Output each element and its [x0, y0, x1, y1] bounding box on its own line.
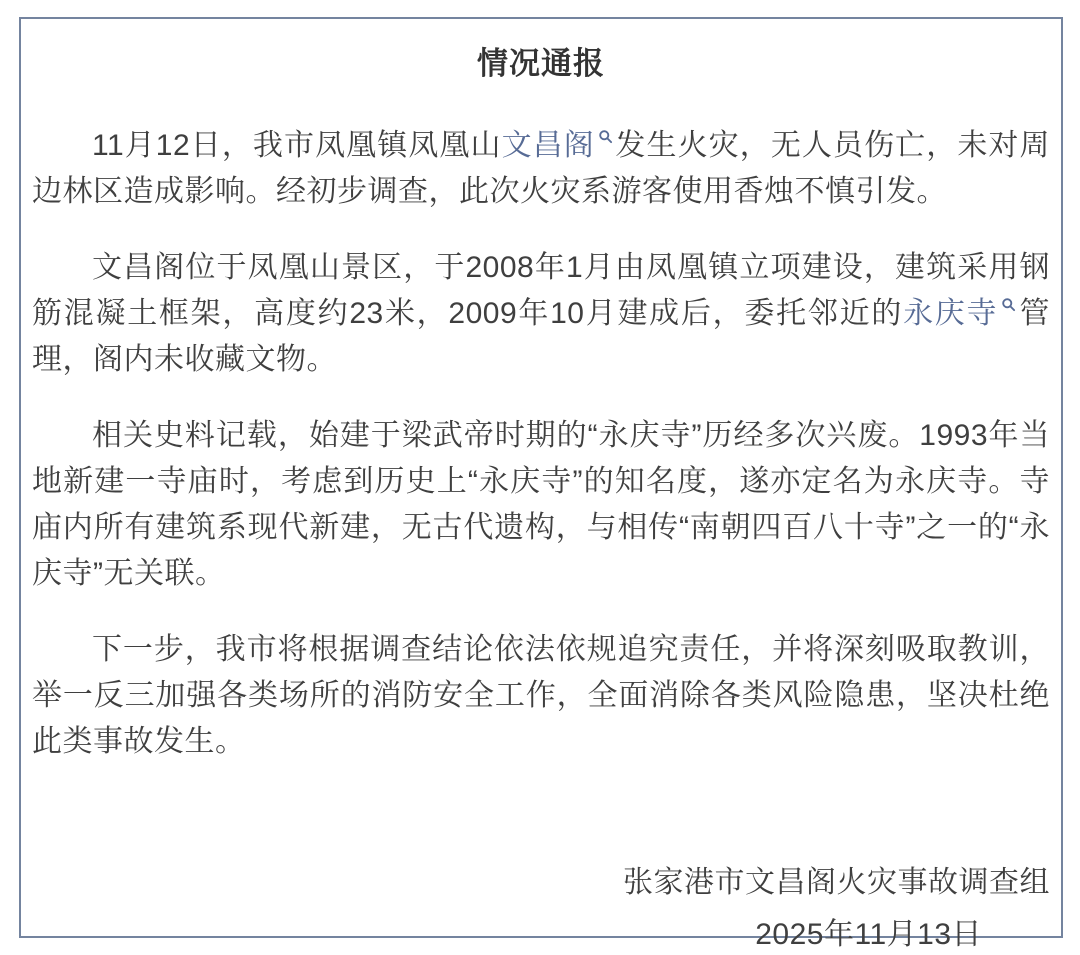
entity-link-yongqingsi[interactable]: 永庆寺	[903, 297, 998, 330]
notice-title: 情况通报	[32, 45, 1050, 83]
signature-date: 2025年11月13日	[32, 909, 1050, 955]
paragraph-3: 相关史料记载，始建于梁武帝时期的“永庆寺”历经多次兴废。1993年当地新建一寺庙…	[32, 413, 1050, 597]
paragraph-4: 下一步，我市将根据调查结论依法依规追究责任，并将深刻吸取教训，举一反三加强各类场…	[32, 627, 1050, 765]
search-icon[interactable]	[1001, 297, 1016, 312]
paragraph-2-text-pre: 文昌阁位于凤凰山景区，于2008年1月由凤凰镇立项建设，建筑采用钢筋混凝土框架，…	[32, 251, 1050, 330]
paragraph-1-text-pre: 11月12日，我市凤凰镇凤凰山	[92, 129, 502, 162]
search-icon[interactable]	[598, 129, 613, 144]
signature-author: 张家港市文昌阁火灾事故调查组	[32, 857, 1050, 909]
paragraph-2: 文昌阁位于凤凰山景区，于2008年1月由凤凰镇立项建设，建筑采用钢筋混凝土框架，…	[32, 245, 1050, 383]
entity-link-wenchangge[interactable]: 文昌阁	[502, 129, 595, 162]
paragraph-1: 11月12日，我市凤凰镇凤凰山文昌阁发生火灾，无人员伤亡，未对周边林区造成影响。…	[32, 123, 1050, 215]
notice-card: 情况通报 11月12日，我市凤凰镇凤凰山文昌阁发生火灾，无人员伤亡，未对周边林区…	[19, 17, 1063, 938]
signature-block: 张家港市文昌阁火灾事故调查组 2025年11月13日	[32, 857, 1050, 955]
